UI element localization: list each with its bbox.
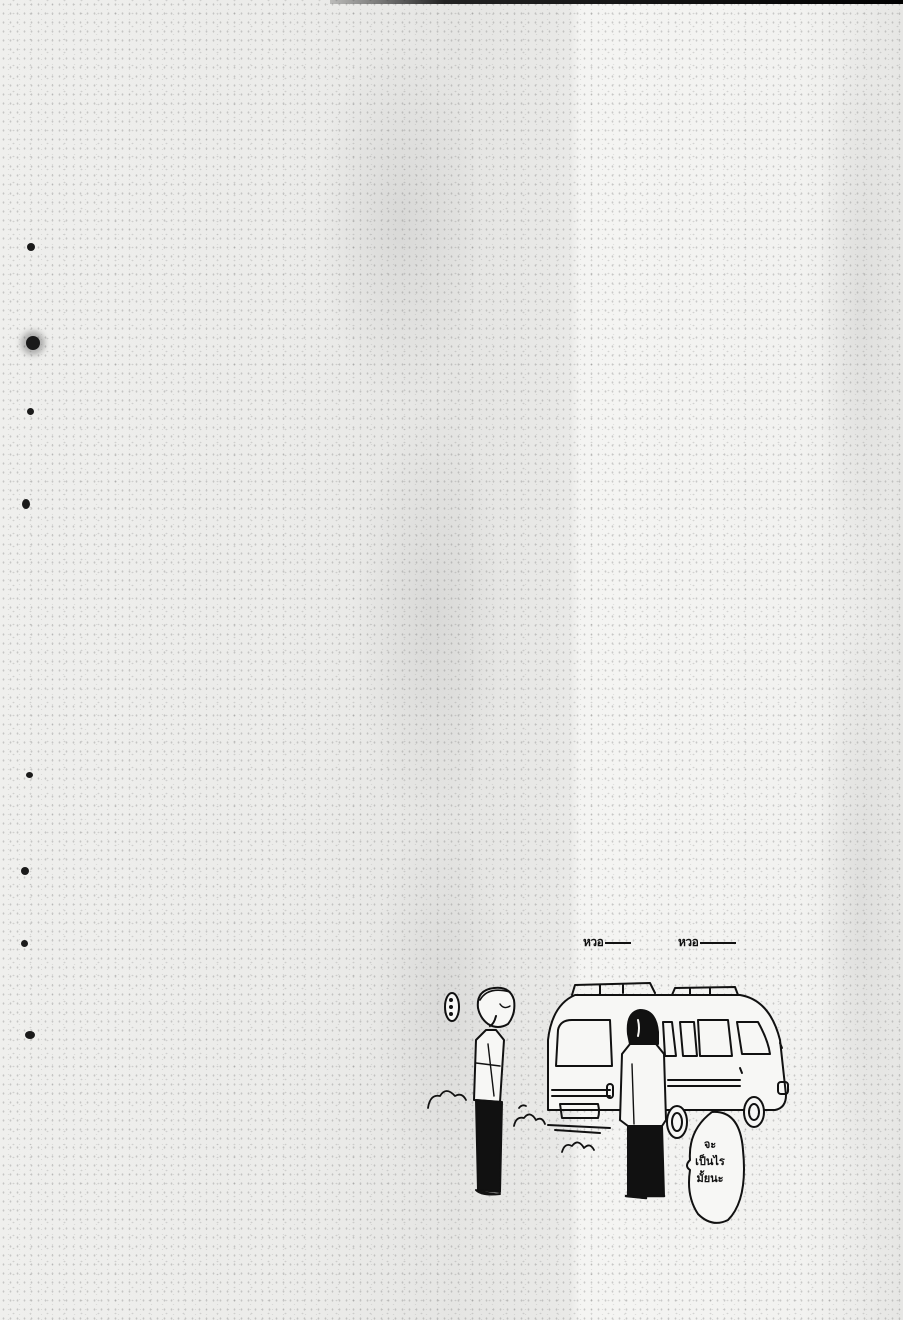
ambulance-scene-illustration [0,0,903,1320]
speech-bubble-text: จะ เป็นไร มั้ยนะ [682,1136,738,1187]
manga-page: หวอ หวอ จะ เป็นไร มั้ยนะ [0,0,903,1320]
speech-line: จะ [682,1136,738,1153]
sfx-trail [605,942,631,944]
sound-effect-siren-1: หวอ [583,933,631,952]
boy-character-drawing [474,988,514,1195]
sfx-text: หวอ [678,935,698,949]
sound-effect-siren-2: หวอ [678,933,736,952]
sfx-trail [700,942,736,944]
ambulance-van-drawing [548,983,788,1138]
speech-line: เป็นไร [682,1153,738,1170]
sfx-text: หวอ [583,935,603,949]
speech-line: มั้ยนะ [682,1170,738,1187]
